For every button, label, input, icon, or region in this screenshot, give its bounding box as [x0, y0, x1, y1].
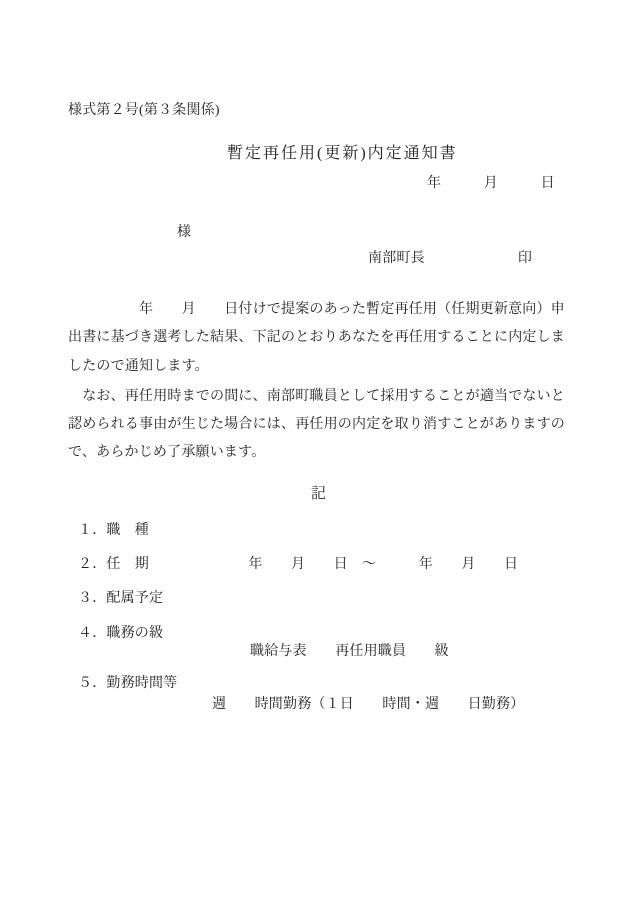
cancellation-note-line-1: なお、再任用時までの間に、南部町職員として採用することが適当でないと — [68, 390, 565, 404]
form-number: 様式第２号(第３条関係) — [68, 104, 220, 118]
item-job-grade-detail: 職給与表 再任用職員 級 — [250, 645, 449, 659]
item-term: ２．任 期 年 月 日 〜 年 月 日 — [78, 558, 518, 572]
document-page: 様式第２号(第３条関係) 暫定再任用(更新)内定通知書 年 月 日 様 南部町長… — [0, 0, 630, 903]
cancellation-note-line-3: で、あらかじめ了承願います。 — [68, 446, 265, 460]
item-working-hours: ５．勤務時間等 — [78, 677, 177, 691]
addressee-honorific: 様 — [177, 226, 191, 240]
item-assignment: ３．配属予定 — [78, 592, 163, 606]
issuer-line: 南部町長印 — [368, 252, 532, 266]
item-job-type: １．職 種 — [78, 524, 149, 538]
notification-paragraph-line-2: 出書に基づき選考した結果、下記のとおりあなたを再任用することに内定しま — [68, 331, 565, 345]
item-working-hours-detail: 週 時間勤務（１日 時間・週 日勤務） — [212, 698, 524, 712]
seal-mark: 印 — [518, 251, 532, 266]
issuer-name: 南部町長 — [368, 251, 425, 266]
issue-date-line: 年 月 日 — [427, 177, 555, 191]
document-title: 暫定再任用(更新)内定通知書 — [227, 146, 458, 162]
item-job-grade: ４．職務の級 — [78, 627, 163, 641]
cancellation-note-line-2: 認められる事由が生じた場合には、再任用の内定を取り消すことがありますの — [68, 418, 565, 432]
notification-paragraph-line-3: したので通知します。 — [68, 360, 209, 374]
record-heading: 記 — [311, 487, 326, 502]
notification-paragraph-line-1: 年 月 日付けで提案のあった暫定再任用（任期更新意向）申 — [68, 303, 565, 317]
